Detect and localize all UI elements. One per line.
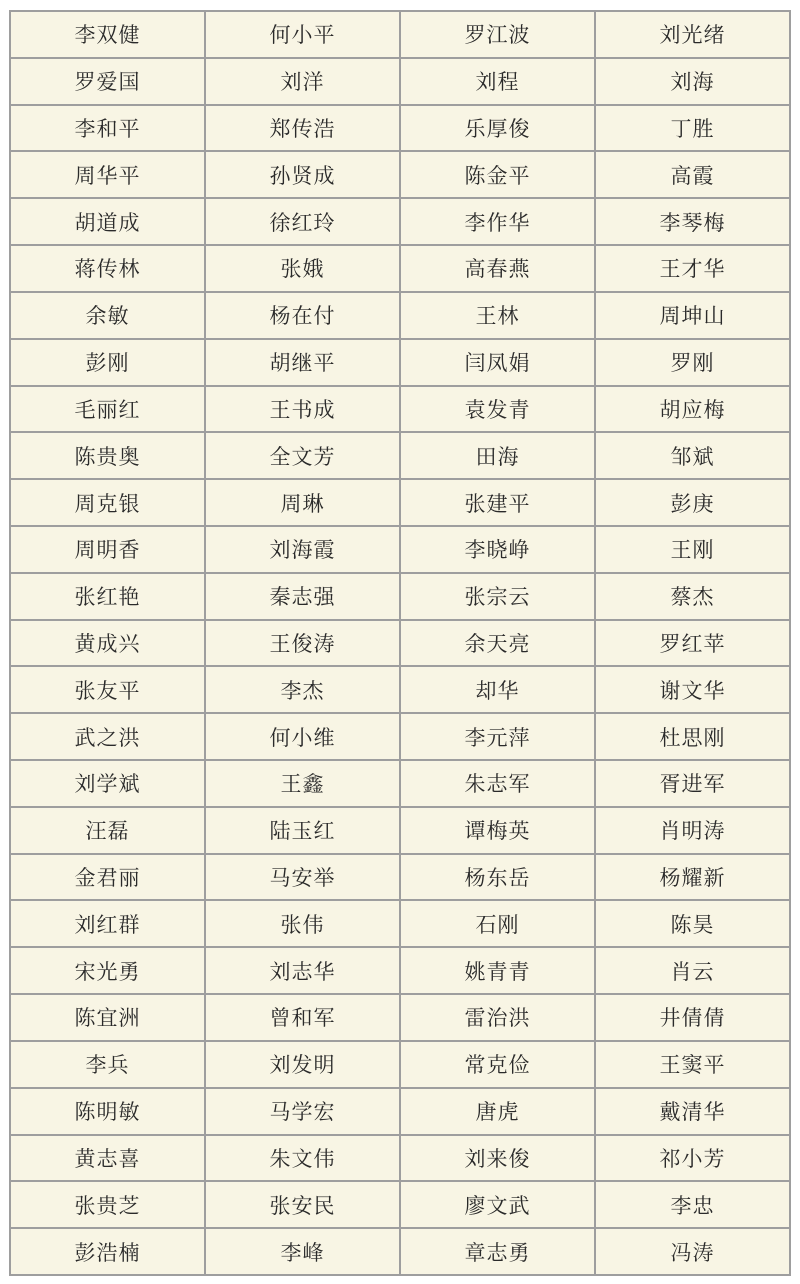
name-cell: 徐红玲 [205, 198, 400, 245]
name-cell: 肖云 [595, 947, 790, 994]
name-cell: 陈昊 [595, 900, 790, 947]
name-cell: 周明香 [10, 526, 205, 573]
name-cell: 陈明敏 [10, 1088, 205, 1135]
name-cell: 杜思刚 [595, 713, 790, 760]
table-row: 彭刚胡继平闫凤娟罗刚 [10, 339, 790, 386]
name-cell: 张红艳 [10, 573, 205, 620]
table-row: 余敏杨在付王林周坤山 [10, 292, 790, 339]
roster-body: 李双健何小平罗江波刘光绪罗爱国刘洋刘程刘海李和平郑传浩乐厚俊丁胜周华平孙贤成陈金… [10, 11, 790, 1275]
table-row: 蒋传林张娥高春燕王才华 [10, 245, 790, 292]
name-cell: 高霞 [595, 151, 790, 198]
name-cell: 宋光勇 [10, 947, 205, 994]
name-roster-page: 李双健何小平罗江波刘光绪罗爱国刘洋刘程刘海李和平郑传浩乐厚俊丁胜周华平孙贤成陈金… [0, 0, 800, 1284]
name-cell: 朱文伟 [205, 1135, 400, 1182]
table-row: 周明香刘海霞李晓峥王刚 [10, 526, 790, 573]
table-row: 刘红群张伟石刚陈昊 [10, 900, 790, 947]
name-cell: 雷治洪 [400, 994, 595, 1041]
name-cell: 王刚 [595, 526, 790, 573]
name-cell: 罗江波 [400, 11, 595, 58]
name-cell: 章志勇 [400, 1228, 595, 1275]
name-cell: 石刚 [400, 900, 595, 947]
name-cell: 孙贤成 [205, 151, 400, 198]
table-row: 黄志喜朱文伟刘来俊祁小芳 [10, 1135, 790, 1182]
table-row: 周克银周琳张建平彭庚 [10, 479, 790, 526]
name-cell: 陈金平 [400, 151, 595, 198]
name-cell: 王才华 [595, 245, 790, 292]
name-cell: 王俊涛 [205, 620, 400, 667]
name-cell: 张伟 [205, 900, 400, 947]
name-cell: 彭刚 [10, 339, 205, 386]
name-cell: 乐厚俊 [400, 105, 595, 152]
name-cell: 杨东岳 [400, 854, 595, 901]
name-cell: 周克银 [10, 479, 205, 526]
name-cell: 胥进军 [595, 760, 790, 807]
name-cell: 张友平 [10, 666, 205, 713]
table-row: 毛丽红王书成袁发青胡应梅 [10, 386, 790, 433]
table-row: 张贵芝张安民廖文武李忠 [10, 1181, 790, 1228]
name-cell: 杨耀新 [595, 854, 790, 901]
table-row: 张红艳秦志强张宗云蔡杰 [10, 573, 790, 620]
table-row: 陈明敏马学宏唐虎戴清华 [10, 1088, 790, 1135]
name-cell: 田海 [400, 432, 595, 479]
name-cell: 余敏 [10, 292, 205, 339]
name-cell: 刘志华 [205, 947, 400, 994]
table-row: 彭浩楠李峰章志勇冯涛 [10, 1228, 790, 1275]
table-row: 胡道成徐红玲李作华李琴梅 [10, 198, 790, 245]
name-cell: 汪磊 [10, 807, 205, 854]
name-cell: 肖明涛 [595, 807, 790, 854]
name-cell: 王鑫 [205, 760, 400, 807]
name-cell: 廖文武 [400, 1181, 595, 1228]
name-cell: 李元萍 [400, 713, 595, 760]
name-cell: 周坤山 [595, 292, 790, 339]
table-row: 周华平孙贤成陈金平高霞 [10, 151, 790, 198]
name-cell: 王窦平 [595, 1041, 790, 1088]
name-cell: 李峰 [205, 1228, 400, 1275]
table-row: 金君丽马安举杨东岳杨耀新 [10, 854, 790, 901]
name-cell: 秦志强 [205, 573, 400, 620]
table-row: 罗爱国刘洋刘程刘海 [10, 58, 790, 105]
name-cell: 张娥 [205, 245, 400, 292]
name-cell: 陈宜洲 [10, 994, 205, 1041]
name-cell: 刘发明 [205, 1041, 400, 1088]
name-cell: 常克俭 [400, 1041, 595, 1088]
name-cell: 李忠 [595, 1181, 790, 1228]
name-cell: 武之洪 [10, 713, 205, 760]
name-cell: 唐虎 [400, 1088, 595, 1135]
name-cell: 金君丽 [10, 854, 205, 901]
name-cell: 李琴梅 [595, 198, 790, 245]
name-cell: 杨在付 [205, 292, 400, 339]
name-cell: 刘光绪 [595, 11, 790, 58]
name-cell: 曾和军 [205, 994, 400, 1041]
name-cell: 黄志喜 [10, 1135, 205, 1182]
name-cell: 蒋传林 [10, 245, 205, 292]
name-cell: 张宗云 [400, 573, 595, 620]
name-cell: 郑传浩 [205, 105, 400, 152]
name-cell: 刘红群 [10, 900, 205, 947]
name-cell: 陆玉红 [205, 807, 400, 854]
name-cell: 马学宏 [205, 1088, 400, 1135]
name-cell: 李作华 [400, 198, 595, 245]
name-cell: 彭庚 [595, 479, 790, 526]
name-cell: 胡继平 [205, 339, 400, 386]
name-cell: 余天亮 [400, 620, 595, 667]
name-cell: 刘海 [595, 58, 790, 105]
table-row: 李和平郑传浩乐厚俊丁胜 [10, 105, 790, 152]
name-cell: 王书成 [205, 386, 400, 433]
name-cell: 刘程 [400, 58, 595, 105]
name-roster-table: 李双健何小平罗江波刘光绪罗爱国刘洋刘程刘海李和平郑传浩乐厚俊丁胜周华平孙贤成陈金… [9, 10, 791, 1276]
name-cell: 罗刚 [595, 339, 790, 386]
table-row: 宋光勇刘志华姚青青肖云 [10, 947, 790, 994]
name-cell: 李晓峥 [400, 526, 595, 573]
name-cell: 罗爱国 [10, 58, 205, 105]
table-row: 黄成兴王俊涛余天亮罗红苹 [10, 620, 790, 667]
name-cell: 胡应梅 [595, 386, 790, 433]
name-cell: 井倩倩 [595, 994, 790, 1041]
name-cell: 马安举 [205, 854, 400, 901]
name-cell: 刘来俊 [400, 1135, 595, 1182]
name-cell: 张贵芝 [10, 1181, 205, 1228]
table-row: 陈宜洲曾和军雷治洪井倩倩 [10, 994, 790, 1041]
name-cell: 谢文华 [595, 666, 790, 713]
table-row: 陈贵奥全文芳田海邹斌 [10, 432, 790, 479]
name-cell: 闫凤娟 [400, 339, 595, 386]
name-cell: 罗红苹 [595, 620, 790, 667]
name-cell: 刘洋 [205, 58, 400, 105]
name-cell: 袁发青 [400, 386, 595, 433]
name-cell: 王林 [400, 292, 595, 339]
name-cell: 李和平 [10, 105, 205, 152]
name-cell: 冯涛 [595, 1228, 790, 1275]
name-cell: 张安民 [205, 1181, 400, 1228]
name-cell: 姚青青 [400, 947, 595, 994]
table-row: 武之洪何小维李元萍杜思刚 [10, 713, 790, 760]
name-cell: 何小维 [205, 713, 400, 760]
name-cell: 朱志军 [400, 760, 595, 807]
name-cell: 高春燕 [400, 245, 595, 292]
table-row: 李双健何小平罗江波刘光绪 [10, 11, 790, 58]
name-cell: 邹斌 [595, 432, 790, 479]
name-cell: 丁胜 [595, 105, 790, 152]
name-cell: 戴清华 [595, 1088, 790, 1135]
name-cell: 谭梅英 [400, 807, 595, 854]
name-cell: 刘海霞 [205, 526, 400, 573]
name-cell: 全文芳 [205, 432, 400, 479]
table-row: 汪磊陆玉红谭梅英肖明涛 [10, 807, 790, 854]
name-cell: 胡道成 [10, 198, 205, 245]
name-cell: 周琳 [205, 479, 400, 526]
name-cell: 毛丽红 [10, 386, 205, 433]
name-cell: 陈贵奥 [10, 432, 205, 479]
name-cell: 李兵 [10, 1041, 205, 1088]
name-cell: 彭浩楠 [10, 1228, 205, 1275]
name-cell: 祁小芳 [595, 1135, 790, 1182]
table-row: 刘学斌王鑫朱志军胥进军 [10, 760, 790, 807]
name-cell: 张建平 [400, 479, 595, 526]
name-cell: 却华 [400, 666, 595, 713]
name-cell: 刘学斌 [10, 760, 205, 807]
name-cell: 蔡杰 [595, 573, 790, 620]
name-cell: 黄成兴 [10, 620, 205, 667]
table-row: 张友平李杰却华谢文华 [10, 666, 790, 713]
name-cell: 周华平 [10, 151, 205, 198]
name-cell: 李双健 [10, 11, 205, 58]
table-row: 李兵刘发明常克俭王窦平 [10, 1041, 790, 1088]
name-cell: 何小平 [205, 11, 400, 58]
name-cell: 李杰 [205, 666, 400, 713]
